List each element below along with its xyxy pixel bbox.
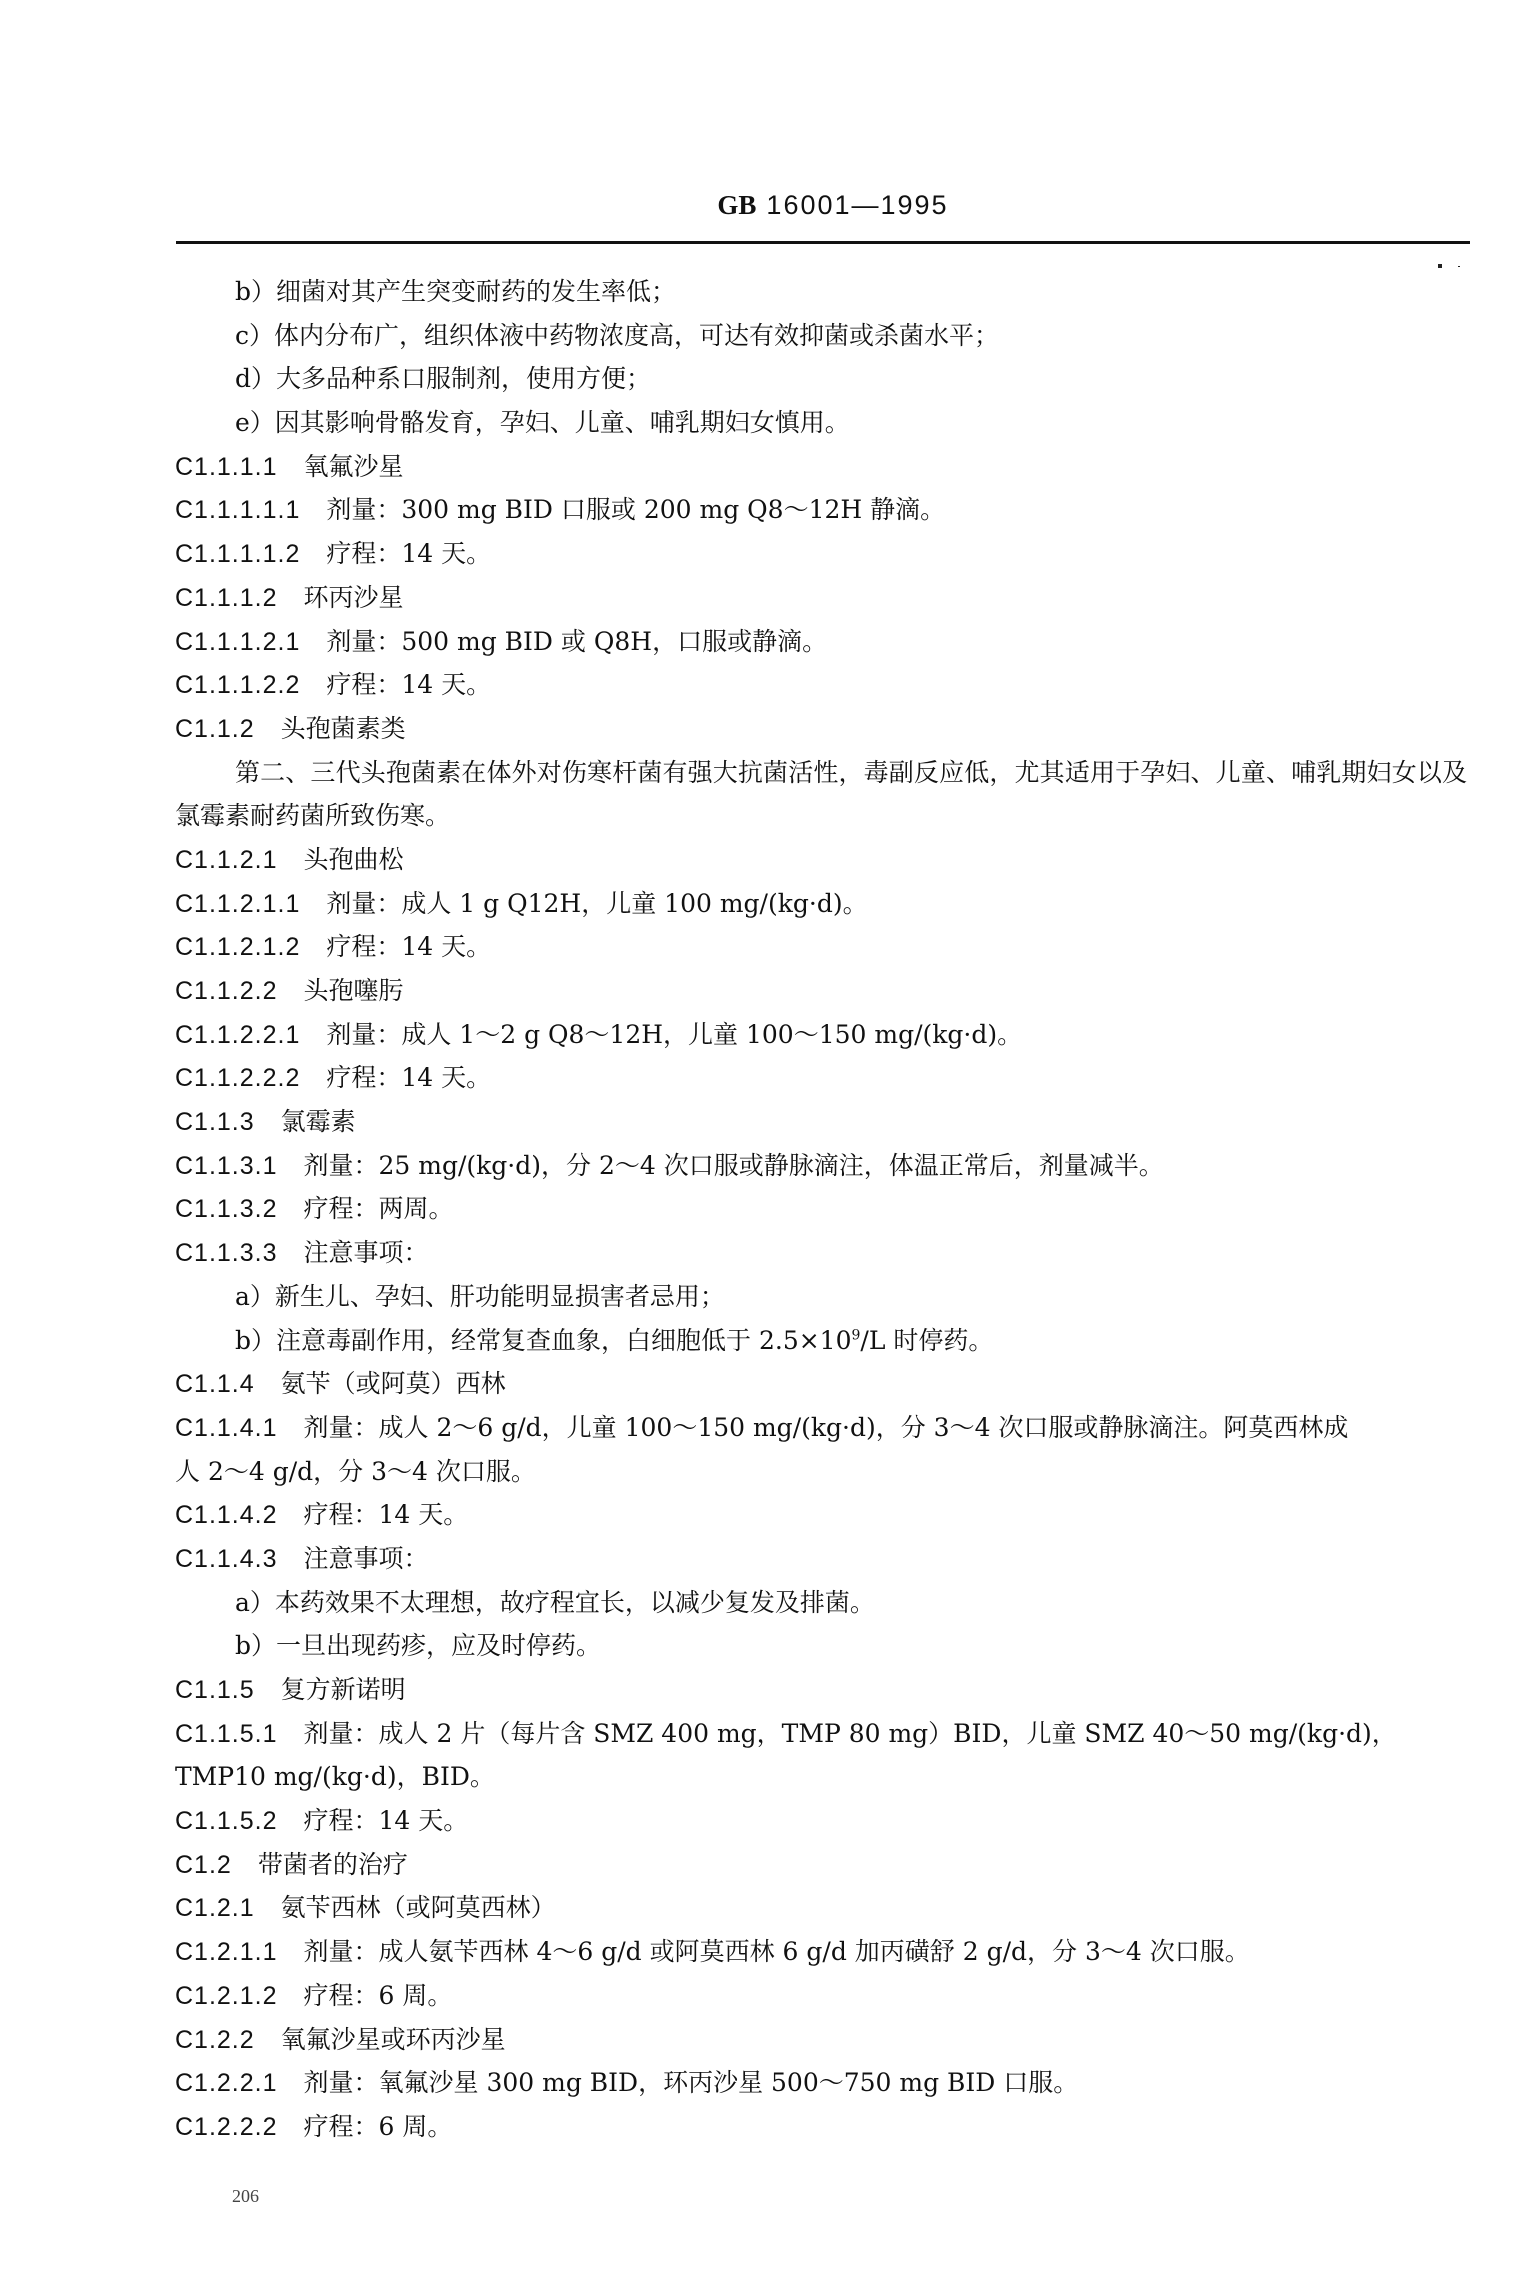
section-clause: C1.1.4.1剂量：成人 2～6 g/d，儿童 100～150 mg/(kg·… xyxy=(175,1406,1467,1450)
header-rule xyxy=(176,241,1470,244)
section-heading: C1.1.1.1氧氟沙星 xyxy=(175,445,1467,489)
page-number: 206 xyxy=(232,2186,259,2207)
section-clause: C1.1.3.2疗程：两周。 xyxy=(175,1187,1467,1231)
list-item: e）因其影响骨骼发育，孕妇、儿童、哺乳期妇女慎用。 xyxy=(175,401,1467,445)
section-heading: C1.1.2.2头孢噻肟 xyxy=(175,969,1467,1013)
section-clause-continuation: TMP10 mg/(kg·d)，BID。 xyxy=(175,1755,1467,1799)
standard-number: 16001—1995 xyxy=(766,190,948,220)
section-clause: C1.1.2.1.2疗程：14 天。 xyxy=(175,925,1467,969)
section-clause: C1.1.5.2疗程：14 天。 xyxy=(175,1799,1467,1843)
section-clause: C1.1.1.2.1剂量：500 mg BID 或 Q8H，口服或静滴。 xyxy=(175,620,1467,664)
section-clause: C1.1.1.2.2疗程：14 天。 xyxy=(175,663,1467,707)
list-item: b）注意毒副作用，经常复查血象，白细胞低于 2.5×109/L 时停药。 xyxy=(175,1319,1467,1363)
section-clause: C1.2.1.1剂量：成人氨苄西林 4～6 g/d 或阿莫西林 6 g/d 加丙… xyxy=(175,1930,1467,1974)
section-heading: C1.2.2氧氟沙星或环丙沙星 xyxy=(175,2018,1467,2062)
section-clause: C1.1.3.1剂量：25 mg/(kg·d)，分 2～4 次口服或静脉滴注，体… xyxy=(175,1144,1467,1188)
section-heading: C1.2带菌者的治疗 xyxy=(175,1843,1467,1887)
section-clause: C1.2.2.1剂量：氧氟沙星 300 mg BID，环丙沙星 500～750 … xyxy=(175,2061,1467,2105)
section-heading: C1.1.2.1头孢曲松 xyxy=(175,838,1467,882)
section-clause: C1.1.2.1.1剂量：成人 1 g Q12H，儿童 100 mg/(kg·d… xyxy=(175,882,1467,926)
list-item: a）本药效果不太理想，故疗程宜长，以减少复发及排菌。 xyxy=(175,1581,1467,1625)
section-heading: C1.1.5复方新诺明 xyxy=(175,1668,1467,1712)
standard-code: GB16001—1995 xyxy=(717,190,948,221)
standard-prefix: GB xyxy=(717,190,756,220)
section-clause: C1.1.2.2.2疗程：14 天。 xyxy=(175,1056,1467,1100)
list-item: b）一旦出现药疹，应及时停药。 xyxy=(175,1624,1467,1668)
section-clause: C1.1.4.2疗程：14 天。 xyxy=(175,1493,1467,1537)
section-heading: C1.2.1氨苄西林（或阿莫西林） xyxy=(175,1886,1467,1930)
scan-speck xyxy=(1458,266,1460,267)
section-clause: C1.1.1.1.1剂量：300 mg BID 口服或 200 mg Q8～12… xyxy=(175,488,1467,532)
list-item: d）大多品种系口服制剂，使用方便； xyxy=(175,357,1467,401)
section-heading: C1.1.2头孢菌素类 xyxy=(175,707,1467,751)
section-clause: C1.1.2.2.1剂量：成人 1～2 g Q8～12H，儿童 100～150 … xyxy=(175,1013,1467,1057)
section-clause-continuation: 人 2～4 g/d，分 3～4 次口服。 xyxy=(175,1450,1467,1494)
section-clause: C1.1.3.3注意事项： xyxy=(175,1231,1467,1275)
page-header: GB16001—1995 xyxy=(0,190,1536,221)
list-item: b）细菌对其产生突变耐药的发生率低； xyxy=(175,270,1467,314)
section-clause: C1.2.1.2疗程：6 周。 xyxy=(175,1974,1467,2018)
section-clause: C1.1.1.1.2疗程：14 天。 xyxy=(175,532,1467,576)
section-heading: C1.1.1.2环丙沙星 xyxy=(175,576,1467,620)
list-item: a）新生儿、孕妇、肝功能明显损害者忌用； xyxy=(175,1275,1467,1319)
section-clause: C1.2.2.2疗程：6 周。 xyxy=(175,2105,1467,2149)
section-clause: C1.1.4.3注意事项： xyxy=(175,1537,1467,1581)
section-clause: C1.1.5.1剂量：成人 2 片（每片含 SMZ 400 mg，TMP 80 … xyxy=(175,1712,1467,1756)
section-heading: C1.1.3氯霉素 xyxy=(175,1100,1467,1144)
section-heading: C1.1.4氨苄（或阿莫）西林 xyxy=(175,1362,1467,1406)
list-item: c）体内分布广，组织体液中药物浓度高，可达有效抑菌或杀菌水平； xyxy=(175,314,1467,358)
scan-speck xyxy=(1438,264,1442,268)
document-body: b）细菌对其产生突变耐药的发生率低； c）体内分布广，组织体液中药物浓度高，可达… xyxy=(175,270,1467,2149)
body-paragraph: 第二、三代头孢菌素在体外对伤寒杆菌有强大抗菌活性，毒副反应低，尤其适用于孕妇、儿… xyxy=(175,751,1467,838)
